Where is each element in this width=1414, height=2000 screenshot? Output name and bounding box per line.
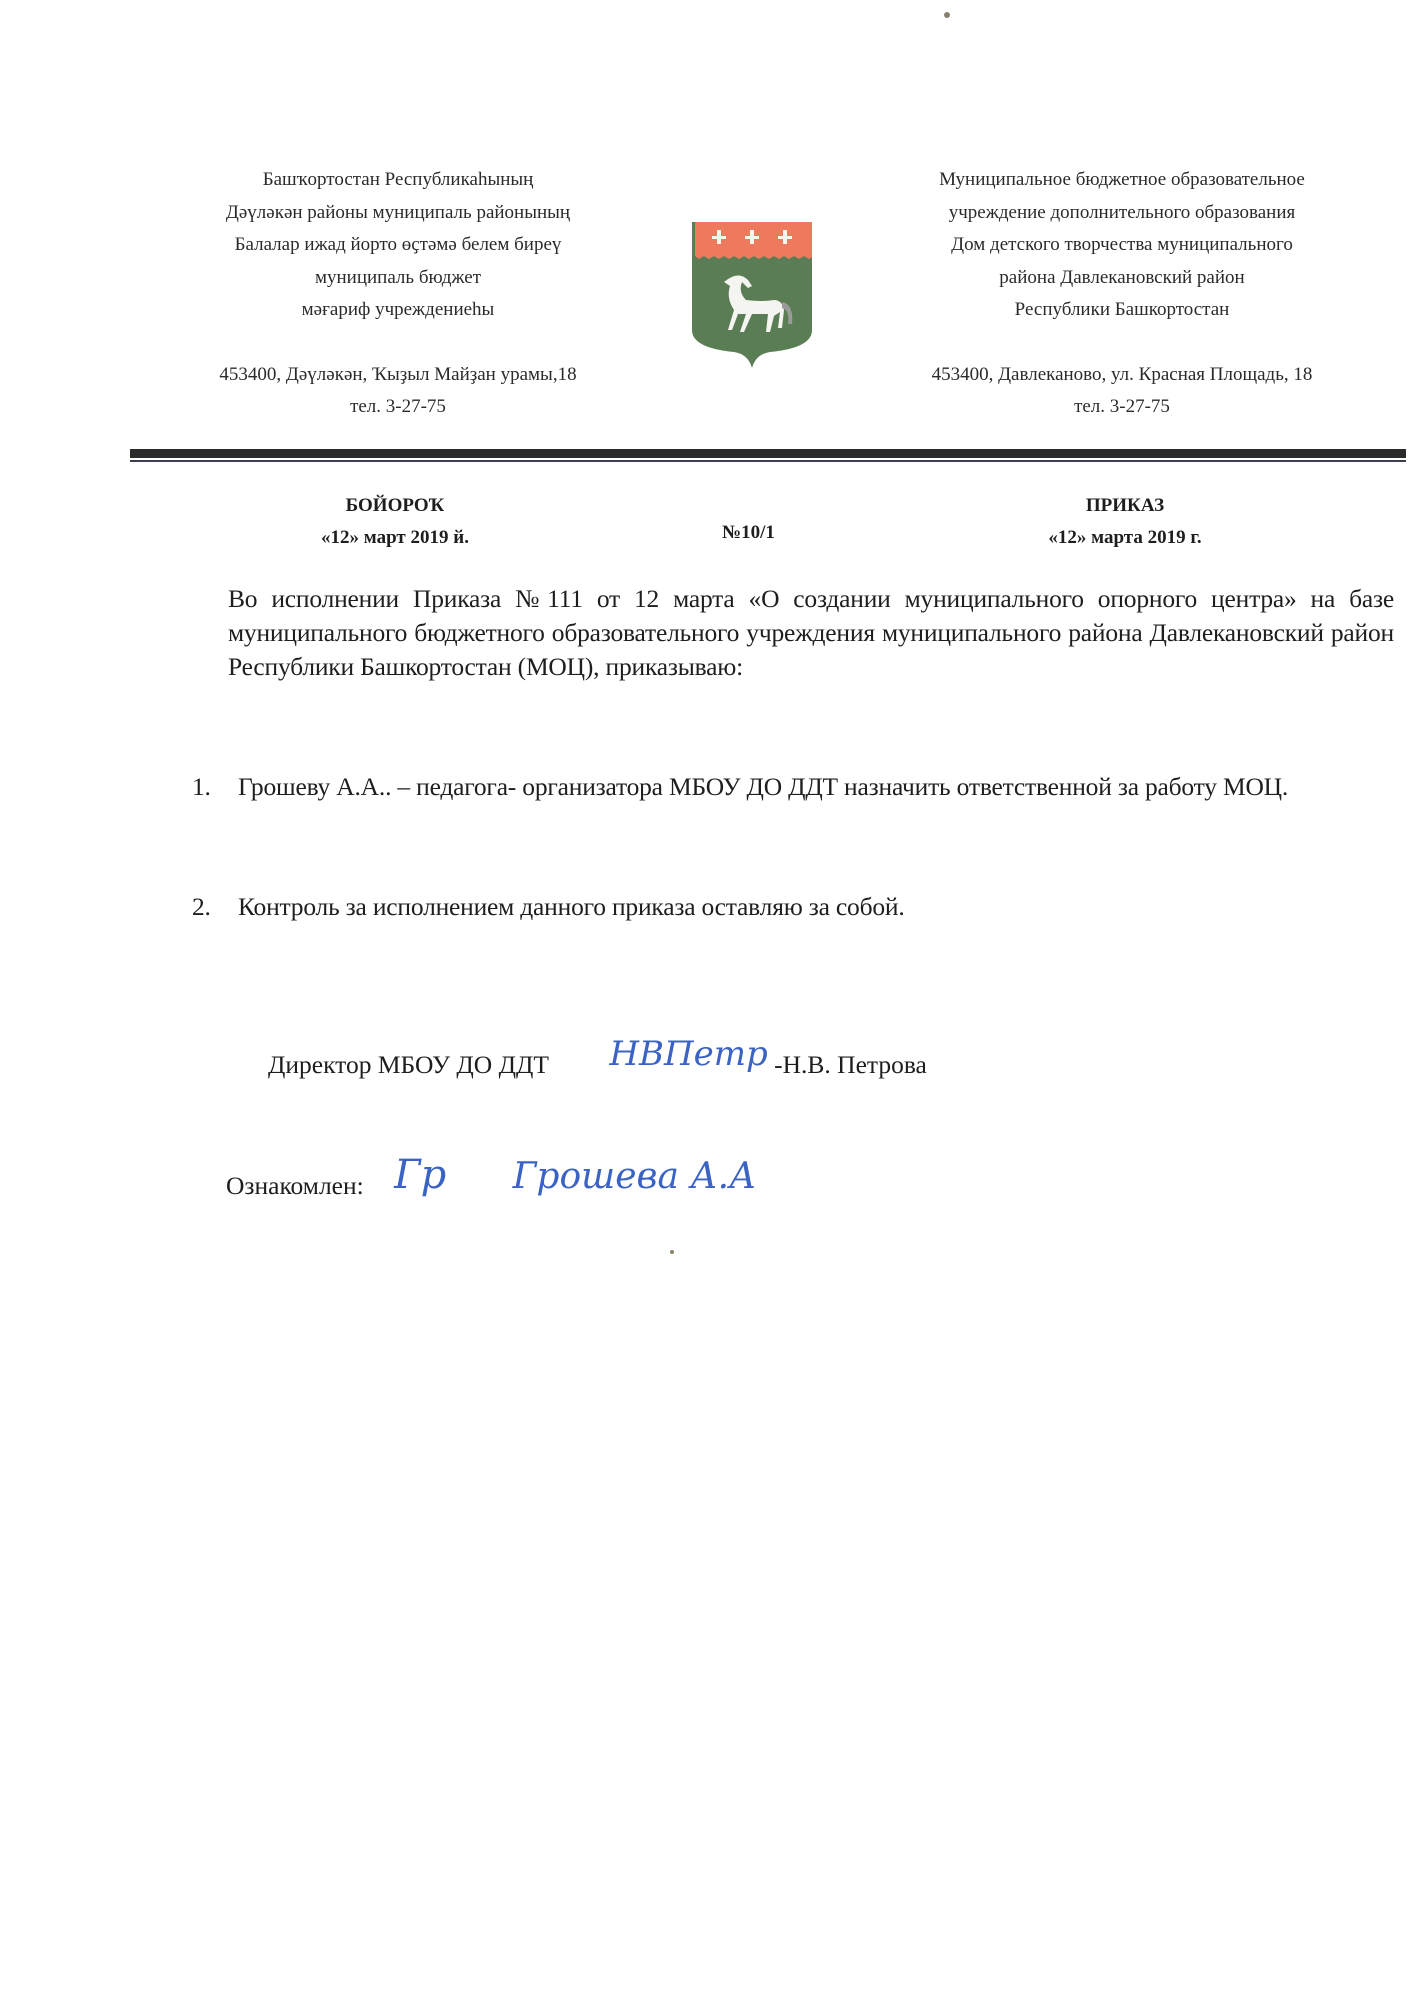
- header-line: Дом детского творчества муниципального: [862, 229, 1382, 262]
- coat-of-arms-horse-icon: [690, 220, 814, 370]
- list-number: 2.: [192, 890, 238, 924]
- order-number: №10/1: [722, 522, 775, 544]
- header-line: мәғариф учреждениеһы: [148, 294, 648, 327]
- header-address: 453400, Давлеканово, ул. Красная Площадь…: [862, 359, 1382, 392]
- preamble: Во исполнении Приказа №111 от 12 марта «…: [228, 582, 1394, 684]
- date-bashkir: «12» март 2019 й.: [250, 522, 540, 554]
- signer-role: Директор МБОУ ДО ДДТ: [268, 1050, 549, 1079]
- order-title-bashkir: БОЙОРОҠ «12» март 2019 й.: [250, 490, 540, 554]
- header-phone: тел. 3-27-75: [862, 391, 1382, 424]
- header-russian: Муниципальное бюджетное образовательное …: [862, 164, 1382, 424]
- scan-speck: [670, 1250, 674, 1254]
- handwritten-name: Грошева А.А: [513, 1156, 757, 1197]
- title-bashkir: БОЙОРОҠ: [250, 490, 540, 522]
- list-text: Грошеву А.А.. – педагога- организатора М…: [238, 770, 1394, 804]
- header-address: 453400, Дәүләкән, Ҡыҙыл Майҙан урамы,18: [148, 359, 648, 392]
- header-line: района Давлекановский район: [862, 262, 1382, 295]
- date-russian: «12» марта 2019 г.: [980, 522, 1270, 554]
- list-number: 1.: [192, 770, 238, 804]
- list-item: 2. Контроль за исполнением данного прика…: [192, 890, 1394, 924]
- header-line: Дәүләкән районы муниципаль районының: [148, 197, 648, 230]
- handwritten-initials: Гр: [394, 1152, 446, 1198]
- list-text: Контроль за исполнением данного приказа …: [238, 890, 1394, 924]
- header-line: Республики Башкортостан: [862, 294, 1382, 327]
- header-line: Муниципальное бюджетное образовательное: [862, 164, 1382, 197]
- acknowledged-label: Ознакомлен:: [226, 1171, 364, 1200]
- header-divider-thin: [130, 460, 1406, 462]
- scan-speck: [944, 12, 950, 18]
- header-bashkir: Башҡортостан Республикаһының Дәүләкән ра…: [148, 164, 648, 424]
- director-signature-row: Директор МБОУ ДО ДДТ НВПетр -Н.В. Петров…: [268, 1042, 927, 1082]
- header-phone: тел. 3-27-75: [148, 391, 648, 424]
- header-divider: [130, 449, 1406, 458]
- handwritten-signature: НВПетр: [609, 1034, 767, 1074]
- header-line: Балалар ижад йорто өҫтәмә белем биреү: [148, 229, 648, 262]
- title-russian: ПРИКАЗ: [980, 490, 1270, 522]
- acknowledged-row: Ознакомлен: Гр Грошева А.А: [226, 1158, 756, 1204]
- list-item: 1. Грошеву А.А.. – педагога- организатор…: [192, 770, 1394, 804]
- signer-name: -Н.В. Петрова: [774, 1050, 927, 1079]
- order-title-russian: ПРИКАЗ «12» марта 2019 г.: [980, 490, 1270, 554]
- header-line: муниципаль бюджет: [148, 262, 648, 295]
- header-line: учреждение дополнительного образования: [862, 197, 1382, 230]
- header-line: Башҡортостан Республикаһының: [148, 164, 648, 197]
